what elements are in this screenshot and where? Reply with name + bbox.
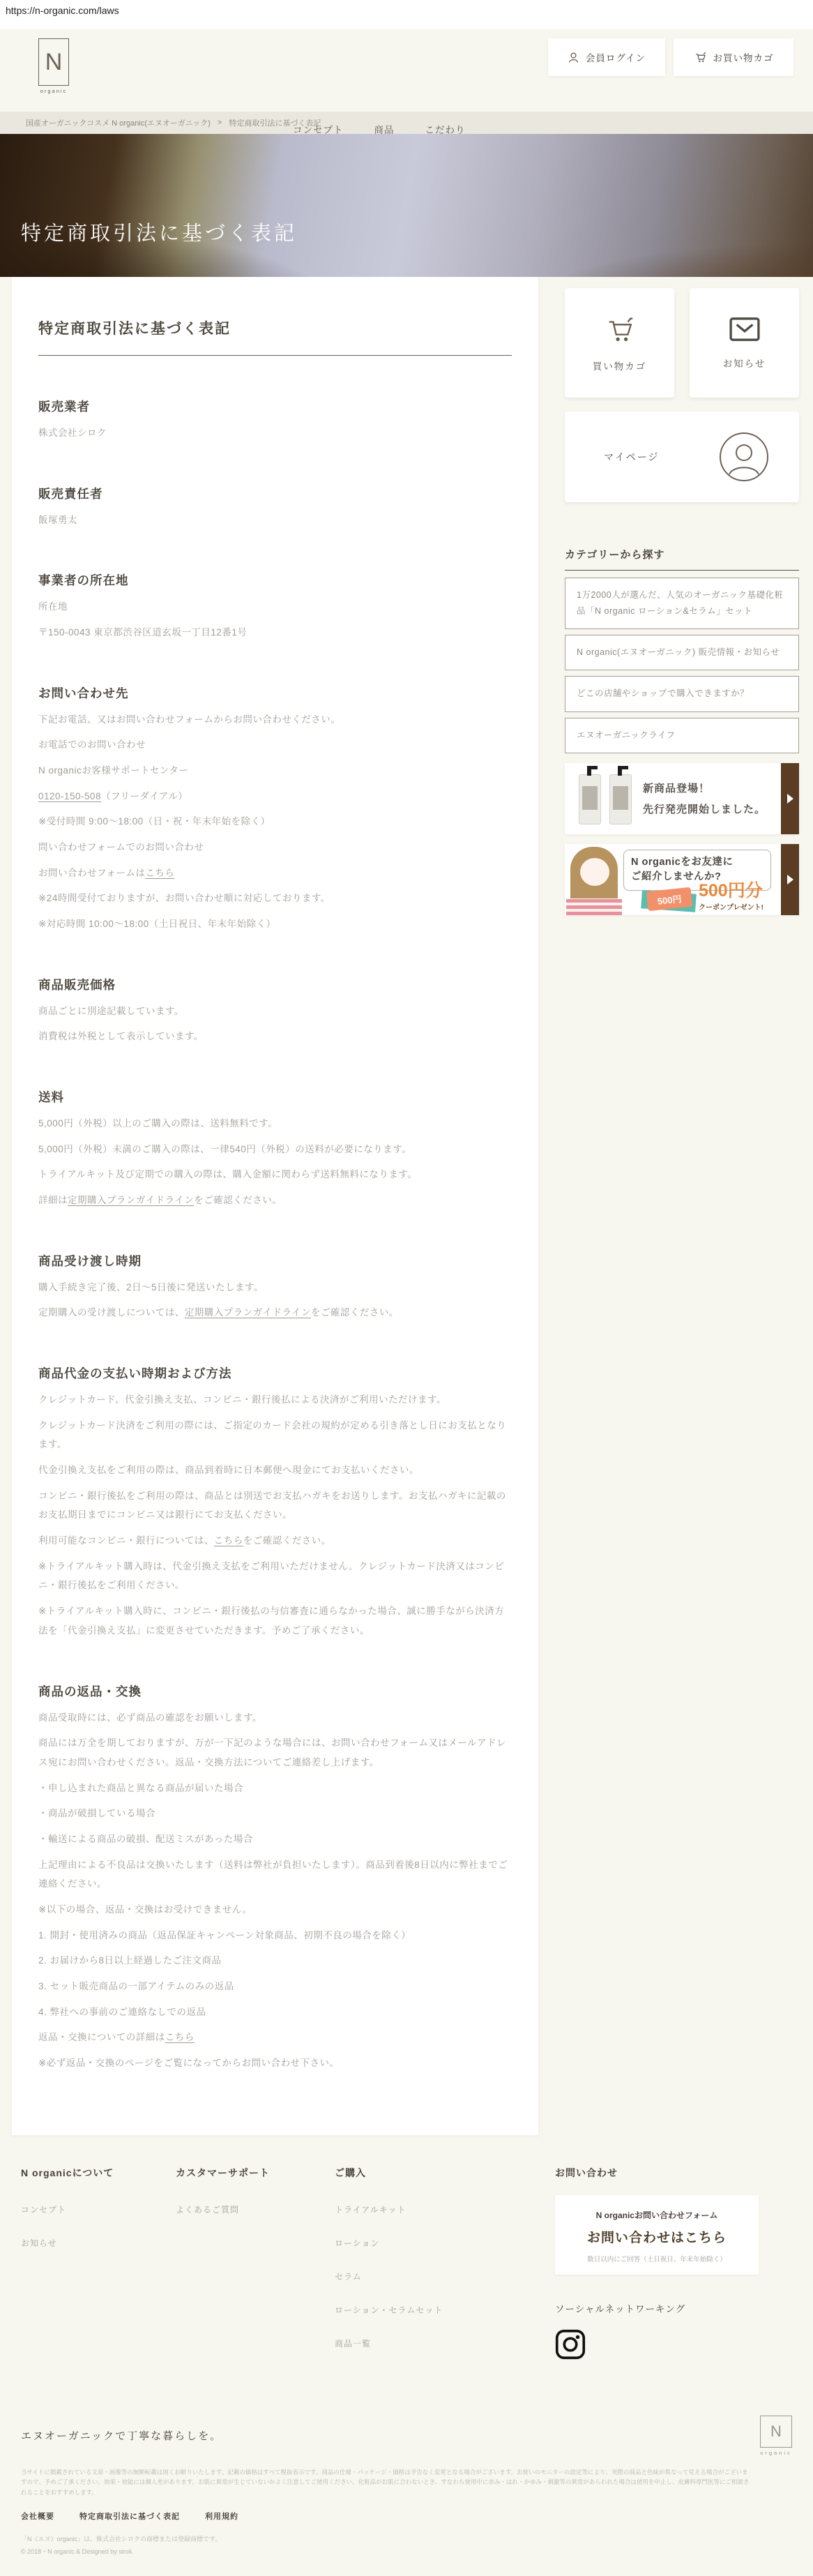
paragraph-text: 代金引換え支払をご利用の際は、商品到着時に日本郵便へ現金にてお支払いください。 [38, 1465, 419, 1475]
paragraph-text: ※受付時間 9:00～18:00（日・祝・年末年始を除く） [38, 816, 271, 827]
legal-section: 商品の返品・交換商品受取時には、必ず商品の確認をお願いします。商品には万全を期し… [38, 1682, 512, 2073]
section-paragraph: N organicお客様サポートセンター [38, 761, 512, 781]
section-paragraph: ・輸送による商品の破損、配送ミスがあった場合 [38, 1830, 512, 1849]
paragraph-text: 商品ごとに別途記載しています。 [38, 1006, 184, 1016]
section-heading: 商品販売価格 [38, 976, 512, 993]
login-button[interactable]: 会員ログイン [548, 38, 665, 76]
login-label: 会員ログイン [586, 50, 646, 64]
paragraph-text: 1. 開封・使用済みの商品（返品保証キャンペーン対象商品、初期不良の場合を除く） [38, 1930, 411, 1941]
section-paragraph: 利用可能なコンビニ・銀行については、こちらをご確認ください。 [38, 1531, 512, 1551]
paragraph-text: ※対応時間 10:00～18:00（土日祝日、年末年始除く） [38, 919, 276, 929]
paragraph-text: 上記理由による不良品は交換いたします（送料は弊社が負担いたします）。商品到着後8… [38, 1860, 508, 1890]
arrow-right-icon [781, 844, 799, 915]
section-paragraph: 下記お電話、又はお問い合わせフォームからお問い合わせください。 [38, 710, 512, 730]
breadcrumb-root[interactable]: 国産オーガニックコスメ N organic(エヌオーガニック) [26, 117, 211, 128]
user-circle-icon [718, 431, 770, 483]
paragraph-text: 商品受取時には、必ず商品の確認をお願いします。 [38, 1712, 262, 1723]
section-paragraph: コンビニ・銀行後払をご利用の際は、商品とは別送でお支払ハガキをお送りします。お支… [38, 1486, 512, 1525]
inline-link[interactable]: 定期購入プランガイドライン [68, 1195, 194, 1205]
paragraph-text: ※以下の場合、返品・交換はお受けできません。 [38, 1904, 252, 1915]
legal-section: 商品販売価格商品ごとに別途記載しています。消費税は外税として表示しています。 [38, 976, 512, 1046]
sns-heading: ソーシャルネットワーキング [555, 2301, 792, 2315]
footer-link-terms[interactable]: 利用規約 [205, 2510, 238, 2522]
paragraph-text: クレジットカード決済をご利用の際には、ご指定のカード会社の規約が定める引き落とし… [38, 1420, 506, 1450]
paragraph-text: 3. セット販売商品の一部アイテムのみの返品 [38, 1981, 234, 1991]
section-paragraph: ※24時間受付ておりますが、お問い合わせ順に対応しております。 [38, 889, 512, 908]
footer-link-tokutei[interactable]: 特定商取引法に基づく表記 [79, 2510, 180, 2522]
paragraph-text: 5,000円（外税）未満のご購入の際は、一律540円（外税）の送料が必要になりま… [38, 1144, 411, 1154]
sidebar-mypage-card[interactable]: マイページ [565, 412, 799, 502]
footer-logo: N organic [760, 2416, 792, 2456]
paragraph-text: （フリーダイアル） [101, 791, 188, 801]
sidebar-notice-card[interactable]: お知らせ [690, 288, 799, 398]
section-paragraph: 所在地 [38, 597, 512, 617]
section-paragraph: クレジットカード決済をご利用の際には、ご指定のカード会社の規約が定める引き落とし… [38, 1416, 512, 1454]
cart-icon [694, 51, 707, 63]
paragraph-text: 2. お届けから8日以上経過したご注文商品 [38, 1955, 222, 1966]
section-paragraph: ・申し込まれた商品と異なる商品が届いた場合 [38, 1779, 512, 1798]
brand-logo[interactable]: N organic [38, 38, 69, 94]
section-paragraph: 商品には万全を期しておりますが、万が一下記のような場合には、お問い合わせフォーム… [38, 1733, 512, 1772]
cart-button[interactable]: お買い物カゴ [674, 38, 793, 76]
new-product-banner-text: 新商品登場！ 先行発売開始しました。 [643, 778, 766, 820]
footer-link[interactable]: 商品一覧 [335, 2337, 555, 2349]
paragraph-text: お電話でのお問い合わせ [38, 739, 146, 750]
sidebar-cart-card[interactable]: 買い物カゴ [565, 288, 674, 398]
instagram-link[interactable] [555, 2329, 792, 2363]
category-divider [565, 570, 799, 571]
section-paragraph: 商品受取時には、必ず商品の確認をお願いします。 [38, 1708, 512, 1728]
paragraph-text: 5,000円（外税）以上のご購入の際は、送料無料です。 [38, 1118, 278, 1129]
copyright-line: © 2018・N organic & Designed by sirok. [21, 2545, 792, 2558]
legal-section: 商品代金の支払い時期および方法クレジットカード、代金引換え支払、コンビニ・銀行後… [38, 1364, 512, 1640]
paragraph-text: ※必ず返品・交換のページをご覧になってからお問い合わせ下さい。 [38, 2058, 340, 2068]
hero-banner: 特定商取引法に基づく表記 [0, 134, 813, 277]
trademark-line: 「N（エヌ）organic」は、株式会社シロクの商標または登録商標です。 [21, 2533, 792, 2545]
paragraph-text: 〒150-0043 東京都渋谷区道玄坂一丁目12番1号 [38, 627, 247, 638]
legal-section: 販売業者株式会社シロク [38, 398, 512, 443]
sidebar-cart-label: 買い物カゴ [593, 359, 647, 372]
legal-section: 送料5,000円（外税）以上のご購入の際は、送料無料です。5,000円（外税）未… [38, 1088, 512, 1210]
section-paragraph: 購入手続き完了後、2日～5日後に発送いたします。 [38, 1278, 512, 1297]
footer-link[interactable]: ローション [335, 2237, 555, 2249]
sidebar-notice-label: お知らせ [723, 356, 766, 370]
footer-column-heading: N organicについて [21, 2166, 176, 2180]
section-paragraph: お問い合わせフォームはこちら [38, 864, 512, 883]
section-heading: 送料 [38, 1088, 512, 1106]
paragraph-text: クレジットカード、代金引換え支払、コンビニ・銀行後払による決済がご利用いただけま… [38, 1394, 446, 1405]
paragraph-text: 飯塚勇太 [38, 515, 77, 525]
coupon-graphic: 500円 500円分 クーポンプレゼント! [647, 882, 763, 912]
site-header: N organic コンセプト 商品 こだわり 会員ログイン お買い物カゴ [0, 29, 813, 112]
section-paragraph: ※以下の場合、返品・交換はお受けできません。 [38, 1900, 512, 1920]
paragraph-text: 定期購入の受け渡しについては、 [38, 1307, 185, 1318]
section-paragraph: 消費税は外税として表示しています。 [38, 1027, 512, 1046]
footer-tagline: エヌオーガニックで丁寧な暮らしを。 [21, 2428, 222, 2443]
footer-contact-heading: お問い合わせ [555, 2166, 792, 2180]
paragraph-text: 株式会社シロク [38, 428, 107, 438]
paragraph-text: 商品には万全を期しておりますが、万が一下記のような場合には、お問い合わせフォーム… [38, 1738, 506, 1768]
paragraph-text: 返品・交換についての詳細は [38, 2032, 165, 2042]
footer-column-heading: カスタマーサポート [176, 2166, 335, 2180]
section-heading: 販売責任者 [38, 485, 512, 502]
paragraph-text: ・商品が破損している場合 [38, 1808, 155, 1818]
paragraph-text: ※トライアルキット購入時に、コンビニ・銀行後払の与信審査に通らなかった場合、誠に… [38, 1606, 504, 1636]
logo-word: organic [38, 88, 69, 94]
section-paragraph: 飯塚勇太 [38, 511, 512, 530]
section-paragraph: トライアルキット及び定期での購入の際は、購入金額に関わらず送料無料になります。 [38, 1165, 512, 1184]
footer-column: ご購入トライアルキットローションセラムローション・セラムセット商品一覧 [335, 2166, 555, 2371]
legal-section: お問い合わせ先下記お電話、又はお問い合わせフォームからお問い合わせください。お電… [38, 684, 512, 934]
paragraph-text: 詳細は [38, 1195, 68, 1205]
section-paragraph: 株式会社シロク [38, 423, 512, 443]
section-paragraph: 問い合わせフォームでのお問い合わせ [38, 838, 512, 857]
paragraph-text: ・申し込まれた商品と異なる商品が届いた場合 [38, 1783, 243, 1793]
section-paragraph: ※トライアルキット購入時に、コンビニ・銀行後払の与信審査に通らなかった場合、誠に… [38, 1602, 512, 1640]
footer-link[interactable]: セラム [335, 2270, 555, 2282]
section-heading: 商品代金の支払い時期および方法 [38, 1364, 512, 1382]
paragraph-text: 下記お電話、又はお問い合わせフォームからお問い合わせください。 [38, 714, 340, 725]
section-heading: 商品受け渡し時期 [38, 1252, 512, 1270]
referral-banner[interactable]: N organicをお友達に ご紹介しませんか? 500円 500円分 クーポン… [565, 844, 799, 915]
paragraph-text: 問い合わせフォームでのお問い合わせ [38, 842, 204, 852]
section-heading: 商品の返品・交換 [38, 1682, 512, 1700]
logo-n-icon: N [760, 2416, 792, 2448]
paragraph-text: をご確認ください。 [311, 1307, 399, 1318]
coupon-badge: 500円 [646, 887, 693, 911]
section-paragraph: 0120-150-508（フリーダイアル） [38, 787, 512, 806]
section-paragraph: 返品・交換についての詳細はこちら [38, 2028, 512, 2047]
sidebar: 買い物カゴ お知らせ マイページ カテゴリーから探す 1万2000人が選んだ、人… [565, 277, 799, 915]
paragraph-text: ※トライアルキット購入時は、代金引換え支払をご利用いただけません。クレジットカー… [38, 1561, 504, 1591]
section-paragraph: 上記理由による不良品は交換いたします（送料は弊社が負担いたします）。商品到着後8… [38, 1855, 512, 1894]
coupon-amount: 500円分 [699, 882, 763, 901]
title-divider [38, 355, 512, 356]
section-paragraph: クレジットカード、代金引換え支払、コンビニ・銀行後払による決済がご利用いただけま… [38, 1390, 512, 1410]
paragraph-text: ※24時間受付ておりますが、お問い合わせ順に対応しております。 [38, 893, 330, 903]
legal-content-card: 特定商取引法に基づく表記 販売業者株式会社シロク販売責任者飯塚勇太事業者の所在地… [12, 277, 538, 2135]
site-footer: N organicについてコンセプトお知らせカスタマーサポートよくあるご質問ご購… [0, 2135, 813, 2576]
section-paragraph: ※トライアルキット購入時は、代金引換え支払をご利用いただけません。クレジットカー… [38, 1557, 512, 1595]
inline-link[interactable]: 0120-150-508 [38, 791, 101, 801]
contact-form-card[interactable]: N organicお問い合わせフォーム お問い合わせはこちら 数日以内にご回答（… [555, 2195, 759, 2275]
inline-link[interactable]: こちら [214, 1535, 243, 1546]
new-product-banner[interactable]: 新商品登場！ 先行発売開始しました。 [565, 763, 799, 834]
mypage-label: マイページ [604, 450, 659, 464]
section-paragraph: 5,000円（外税）以上のご購入の際は、送料無料です。 [38, 1114, 512, 1133]
user-icon [568, 52, 579, 63]
footer-link[interactable]: ローション・セラムセット [335, 2304, 555, 2316]
category-item[interactable]: エヌオーガニックライフ [565, 718, 799, 753]
coupon-note: クーポンプレゼント! [699, 901, 763, 912]
section-paragraph: 代金引換え支払をご利用の際は、商品到着時に日本郵便へ現金にてお支払いください。 [38, 1461, 512, 1480]
section-paragraph: ・商品が破損している場合 [38, 1804, 512, 1823]
girl-illustration [565, 844, 625, 915]
paragraph-text: 所在地 [38, 601, 68, 612]
paragraph-text: をご確認ください。 [194, 1195, 282, 1205]
inline-link[interactable]: こちら [145, 868, 174, 878]
footer-legal-links: 会社概要 特定商取引法に基づく表記 利用規約 [0, 2498, 813, 2522]
legal-sections: 販売業者株式会社シロク販売責任者飯塚勇太事業者の所在地所在地〒150-0043 … [38, 398, 512, 2073]
legal-section: 販売責任者飯塚勇太 [38, 485, 512, 530]
footer-column: N organicについてコンセプトお知らせ [21, 2166, 176, 2371]
paragraph-text: 4. 弊社への事前のご連絡なしでの返品 [38, 2007, 206, 2017]
section-paragraph: 2. お届けから8日以上経過したご注文商品 [38, 1951, 512, 1971]
instagram-icon [555, 2329, 586, 2360]
footer-link[interactable]: トライアルキット [335, 2204, 555, 2215]
footer-column: カスタマーサポートよくあるご質問 [176, 2166, 335, 2371]
section-paragraph: 1. 開封・使用済みの商品（返品保証キャンペーン対象商品、初期不良の場合を除く） [38, 1926, 512, 1945]
footer-contact-column: お問い合わせ N organicお問い合わせフォーム お問い合わせはこちら 数日… [555, 2166, 792, 2371]
page-title: 特定商取引法に基づく表記 [21, 218, 297, 246]
logo-letter: N [45, 49, 63, 76]
section-paragraph: 定期購入の受け渡しについては、定期購入プランガイドラインをご確認ください。 [38, 1303, 512, 1323]
paragraph-text: 消費税は外税として表示しています。 [38, 1031, 204, 1041]
inline-link[interactable]: こちら [165, 2032, 195, 2042]
cart-icon [604, 314, 636, 345]
breadcrumb-separator: > [218, 119, 222, 127]
section-paragraph: 商品ごとに別途記載しています。 [38, 1002, 512, 1021]
category-heading: カテゴリーから探す [565, 547, 799, 562]
section-paragraph: ※受付時間 9:00～18:00（日・祝・年末年始を除く） [38, 812, 512, 831]
section-heading: お問い合わせ先 [38, 684, 512, 702]
browser-url: https://n-organic.com/laws [0, 0, 813, 29]
footer-link[interactable]: よくあるご質問 [176, 2204, 335, 2215]
footer-link-columns: N organicについてコンセプトお知らせカスタマーサポートよくあるご質問ご購… [21, 2166, 555, 2371]
contact-card-title: N organicお問い合わせフォーム [562, 2209, 752, 2221]
legal-section: 商品受け渡し時期購入手続き完了後、2日～5日後に発送いたします。定期購入の受け渡… [38, 1252, 512, 1323]
cart-label: お買い物カゴ [713, 50, 774, 64]
legal-section: 事業者の所在地所在地〒150-0043 東京都渋谷区道玄坂一丁目12番1号 [38, 571, 512, 642]
category-item[interactable]: どこの店舗やショップで購入できますか？ [565, 676, 799, 711]
paragraph-text: をご確認ください。 [243, 1535, 331, 1546]
inline-link[interactable]: 定期購入プランガイドライン [185, 1307, 311, 1318]
category-item[interactable]: 1万2000人が選んだ、人気のオーガニック基礎化粧品「N organic ローシ… [565, 578, 799, 629]
footer-link-company[interactable]: 会社概要 [21, 2510, 54, 2522]
section-paragraph: 詳細は定期購入プランガイドラインをご確認ください。 [38, 1191, 512, 1210]
product-bottles-illustration [579, 774, 632, 824]
section-paragraph: ※対応時間 10:00～18:00（土日祝日、年末年始除く） [38, 914, 512, 934]
footer-column-heading: ご購入 [335, 2166, 555, 2180]
section-heading: 事業者の所在地 [38, 571, 512, 589]
paragraph-text: 購入手続き完了後、2日～5日後に発送いたします。 [38, 1282, 264, 1293]
footer-link[interactable]: コンセプト [21, 2204, 176, 2215]
section-paragraph: ※必ず返品・交換のページをご覧になってからお問い合わせ下さい。 [38, 2054, 512, 2073]
arrow-right-icon [781, 763, 799, 834]
mail-icon [729, 317, 761, 342]
section-paragraph: 4. 弊社への事前のご連絡なしでの返品 [38, 2003, 512, 2022]
footer-link[interactable]: お知らせ [21, 2237, 176, 2249]
paragraph-text: 利用可能なコンビニ・銀行については、 [38, 1535, 214, 1546]
section-paragraph: 〒150-0043 東京都渋谷区道玄坂一丁目12番1号 [38, 623, 512, 642]
section-paragraph: お電話でのお問い合わせ [38, 735, 512, 755]
paragraph-text: トライアルキット及び定期での購入の際は、購入金額に関わらず送料無料になります。 [38, 1169, 417, 1180]
contact-card-cta: お問い合わせはこちら [562, 2227, 752, 2246]
paragraph-text: ・輸送による商品の破損、配送ミスがあった場合 [38, 1834, 253, 1844]
logo-n-icon: N [38, 38, 69, 86]
footer-legal-note: 当サイトに掲載されている文章・画像等の無断転載は固くお断りいたします。記載の価格… [0, 2456, 771, 2499]
section-paragraph: 3. セット販売商品の一部アイテムのみの返品 [38, 1977, 512, 1996]
category-items: 1万2000人が選んだ、人気のオーガニック基礎化粧品「N organic ローシ… [565, 578, 799, 753]
category-item[interactable]: N organic(エヌオーガニック) 販売情報・お知らせ [565, 635, 799, 670]
category-panel: カテゴリーから探す 1万2000人が選んだ、人気のオーガニック基礎化粧品「N o… [565, 547, 799, 753]
card-title: 特定商取引法に基づく表記 [38, 317, 512, 338]
section-heading: 販売業者 [38, 398, 512, 415]
contact-card-note: 数日以内にご回答（土日祝日、年末年始除く） [562, 2254, 752, 2264]
footer-copyright: 「N（エヌ）organic」は、株式会社シロクの商標または登録商標です。 © 2… [0, 2522, 813, 2576]
paragraph-text: N organicお客様サポートセンター [38, 765, 188, 776]
paragraph-text: お問い合わせフォームは [38, 868, 145, 878]
section-paragraph: 5,000円（外税）未満のご購入の際は、一律540円（外税）の送料が必要になりま… [38, 1140, 512, 1159]
paragraph-text: コンビニ・銀行後払をご利用の際は、商品とは別送でお支払ハガキをお送りします。お支… [38, 1491, 506, 1521]
